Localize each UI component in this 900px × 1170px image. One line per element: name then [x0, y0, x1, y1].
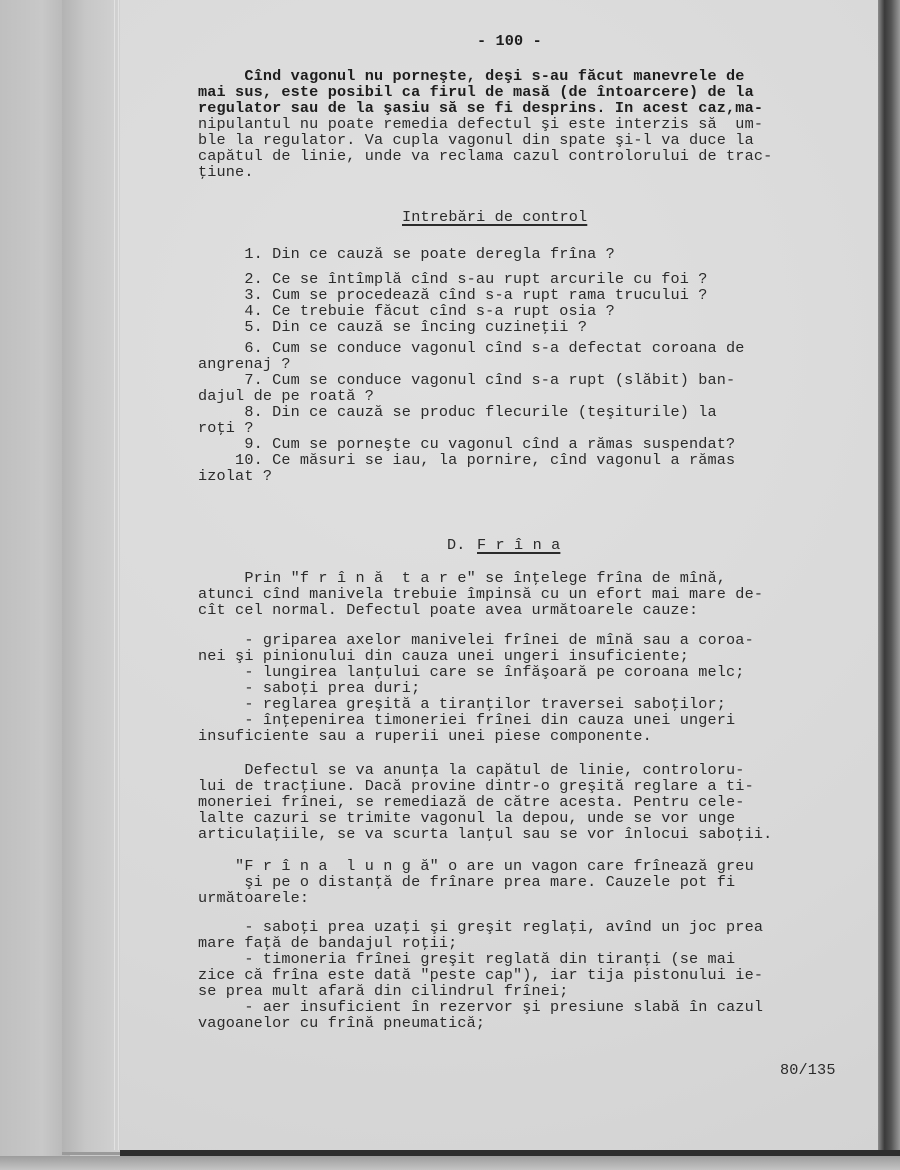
question-line: 7. Cum se conduce vagonul cînd s-a rupt … [198, 373, 735, 388]
text-line: ţiune. [198, 165, 254, 180]
question-line: 4. Ce trebuie făcut cînd s-a rupt osia ? [198, 304, 615, 319]
question-line: 9. Cum se porneşte cu vagonul cînd a răm… [198, 437, 735, 452]
text-line: regulator sau de la şasiu să se fi despr… [198, 101, 763, 116]
text-line: nipulantul nu poate remedia defectul şi … [198, 117, 763, 132]
cause-line: - lungirea lanţului care se înfăşoară pe… [198, 665, 745, 680]
question-line: 10. Ce măsuri se iau, la pornire, cînd v… [198, 453, 735, 468]
scan-background-left [0, 0, 70, 1170]
question-line: dajul de pe roată ? [198, 389, 374, 404]
cause-line: nei şi pinionului din cauza unei ungeri … [198, 649, 689, 664]
text-line: următoarele: [198, 891, 309, 906]
text-line: Cînd vagonul nu porneşte, deşi s-au făcu… [198, 69, 745, 84]
scan-background-bottom [0, 1156, 900, 1170]
question-line: 6. Cum se conduce vagonul cînd s-a defec… [198, 341, 745, 356]
cause-line: insuficiente sau a ruperii unei piese co… [198, 729, 652, 744]
page-number-header: - 100 - [477, 34, 542, 49]
text-line: atunci cînd manivela trebuie împinsă cu … [198, 587, 763, 602]
question-line: angrenaj ? [198, 357, 291, 372]
page-edge-line [118, 0, 119, 1150]
question-line: izolat ? [198, 469, 272, 484]
cause-line: - timoneria frînei greşit reglată din ti… [198, 952, 735, 967]
text-line: cît cel normal. Defectul poate avea urmă… [198, 603, 698, 618]
question-line: 2. Ce se întîmplă cînd s-au rupt arcuril… [198, 272, 708, 287]
question-line: 3. Cum se procedează cînd s-a rupt rama … [198, 288, 708, 303]
text-line: lui de tracţiune. Dacă provine dintr-o g… [198, 779, 754, 794]
text-line: articulaţiile, se va scurta lanţul sau s… [198, 827, 772, 842]
control-questions-heading: Intrebări de control [402, 210, 587, 225]
text-line: moneriei frînei, se remediază de către a… [198, 795, 745, 810]
cause-line: zice că frîna este dată "peste cap"), ia… [198, 968, 763, 983]
book-page-stack [62, 0, 122, 1155]
question-line: 5. Din ce cauză se încing cuzineţii ? [198, 320, 587, 335]
section-prefix: D. [447, 538, 466, 553]
question-line: 8. Din ce cauză se produc flecurile (teş… [198, 405, 717, 420]
cause-line: vagoanelor cu frînă pneumatică; [198, 1016, 485, 1031]
cause-line: se prea mult afară din cilindrul frînei; [198, 984, 569, 999]
text-line: lalte cazuri se trimite vagonul la depou… [198, 811, 735, 826]
question-line: roţi ? [198, 421, 254, 436]
question-line: 1. Din ce cauză se poate deregla frîna ? [198, 247, 615, 262]
cause-line: - înţepenirea timoneriei frînei din cauz… [198, 713, 735, 728]
cause-line: mare faţă de bandajul roţii; [198, 936, 457, 951]
text-line: ble la regulator. Va cupla vagonul din s… [198, 133, 754, 148]
cause-line: - aer insuficient în rezervor şi presiun… [198, 1000, 763, 1015]
text-line: şi pe o distanţă de frînare prea mare. C… [198, 875, 735, 890]
text-line: mai sus, este posibil ca firul de masă (… [198, 85, 754, 100]
section-title: F r î n a [477, 538, 560, 553]
text-line: "F r î n a l u n g ă" o are un vagon car… [198, 859, 754, 874]
book-right-edge [878, 0, 900, 1160]
page-edge-line [114, 0, 115, 1150]
text-line: Prin "f r î n ă t a r e" se înţelege frî… [198, 571, 726, 586]
cause-line: - griparea axelor manivelei frînei de mî… [198, 633, 754, 648]
text-line: capătul de linie, unde va reclama cazul … [198, 149, 772, 164]
cause-line: - saboţi prea duri; [198, 681, 420, 696]
text-line: Defectul se va anunţa la capătul de lini… [198, 763, 745, 778]
cause-line: - saboţi prea uzaţi şi greşit reglaţi, a… [198, 920, 763, 935]
cause-line: - reglarea greşită a tiranţilor traverse… [198, 697, 726, 712]
footer-page-counter: 80/135 [780, 1063, 836, 1078]
